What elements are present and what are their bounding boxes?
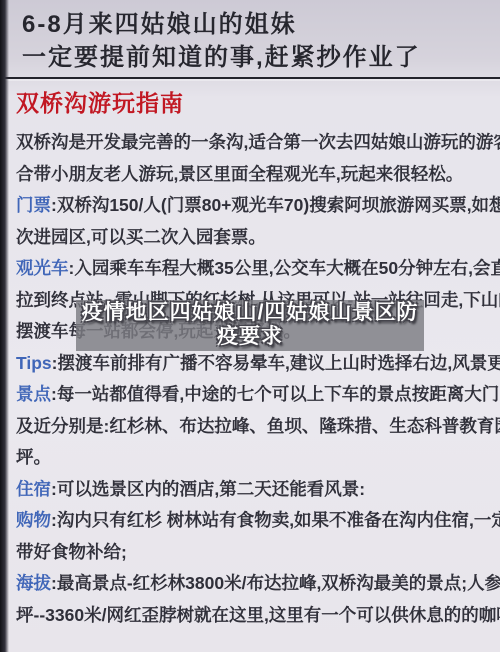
section-label: Tips [16,353,52,373]
guide-line: 景点:每一站都值得看,中途的七个可以上下车的景点按距离大门由远 [16,379,494,411]
guide-line-text: 坪。 [16,447,51,467]
guide-line-text: :入园乘车车程大概35公里,公交车大概在50分钟左右,会直接 [69,258,500,278]
guide-line: 观光车:入园乘车车程大概35公里,公交车大概在50分钟左右,会直接 [16,253,494,285]
section-label: 门票 [16,195,51,215]
guide-line: 合带小朋友老人游玩,景区里面全程观光车,玩起来很轻松。 [16,159,494,191]
guide-line: 双桥沟是开发最完善的一条沟,适合第一次去四姑娘山游玩的游客,适 [16,127,494,159]
guide-line: 坪。 [16,442,494,474]
guide-line-text: 合带小朋友老人游玩,景区里面全程观光车,玩起来很轻松。 [16,164,463,184]
section-label: 海拔 [16,573,51,593]
section-label: 购物 [16,510,51,530]
guide-line: 住宿:可以选景区内的酒店,第二天还能看风景: [16,474,494,506]
guide-line-text: :沟内只有红杉 树林站有食物卖,如果不准备在沟内住宿,一定要 [51,510,500,530]
guide-line: 及近分别是:红杉林、布达拉峰、鱼坝、隆珠措、生态科普教育园、人参果 [16,411,494,443]
guide-line: 门票:双桥沟150/人(门票80+观光车70)搜索阿坝旅游网买票,如想二 [16,190,494,222]
guide-line-text: 次进园区,可以买二次入园套票。 [16,227,266,247]
guide-line-text: :可以选景区内的酒店,第二天还能看风景: [51,479,365,499]
guide-line: 带好食物补给; [16,537,494,569]
guide-line-text: 带好食物补给; [16,542,127,562]
header-line-1: 6-8月来四姑娘山的姐妹 [22,8,492,41]
guide-line: 购物:沟内只有红杉 树林站有食物卖,如果不准备在沟内住宿,一定要 [16,505,494,537]
photo-edge [0,0,9,652]
guide-page: 6-8月来四姑娘山的姐妹 一定要提前知道的事,赶紧抄作业了 双桥沟游玩指南 双桥… [0,0,500,652]
caption-line-2: 疫要求 [76,325,424,349]
guide-line-text: :每一站都值得看,中途的七个可以上下车的景点按距离大门由远 [51,384,500,404]
guide-line: 海拔:最高景点-红杉林3800米/布达拉峰,双桥沟最美的景点;人参果 [16,568,494,600]
header-line-2: 一定要提前知道的事,赶紧抄作业了 [22,41,492,74]
guide-line-text: :最高景点-红杉林3800米/布达拉峰,双桥沟最美的景点;人参果 [51,573,500,593]
guide-line-text: :摆渡车前排有广播不容易晕车,建议上山时选择右边,风景更好; [52,353,500,373]
guide-line-text: :双桥沟150/人(门票80+观光车70)搜索阿坝旅游网买票,如想二 [51,195,500,215]
guide-line: Tips:摆渡车前排有广播不容易晕车,建议上山时选择右边,风景更好; [16,348,494,380]
guide-line-text: 坪--3360米/网红歪脖树就在这里,这里有一个可以供休息的的咖啡馆 [16,605,500,625]
header-divider [0,77,500,79]
guide-line: 坪--3360米/网红歪脖树就在这里,这里有一个可以供休息的的咖啡馆 [16,600,494,632]
guide-line: 次进园区,可以买二次入园套票。 [16,222,494,254]
guide-title: 双桥沟游玩指南 [16,88,494,118]
section-label: 观光车 [16,258,69,278]
guide-lines: 双桥沟是开发最完善的一条沟,适合第一次去四姑娘山游玩的游客,适合带小朋友老人游玩… [16,127,494,631]
caption-overlay: 疫情地区四姑娘山/四姑娘山景区防 疫要求 [76,300,424,351]
guide-line-text: 双桥沟是开发最完善的一条沟,适合第一次去四姑娘山游玩的游客,适 [16,132,500,152]
caption-line-1: 疫情地区四姑娘山/四姑娘山景区防 [76,301,424,325]
guide-content: 双桥沟游玩指南 双桥沟是开发最完善的一条沟,适合第一次去四姑娘山游玩的游客,适合… [16,88,494,631]
guide-line-text: 及近分别是:红杉林、布达拉峰、鱼坝、隆珠措、生态科普教育园、人参果 [16,416,500,436]
section-label: 景点 [16,384,51,404]
section-label: 住宿 [16,479,51,499]
header-title: 6-8月来四姑娘山的姐妹 一定要提前知道的事,赶紧抄作业了 [22,8,492,74]
